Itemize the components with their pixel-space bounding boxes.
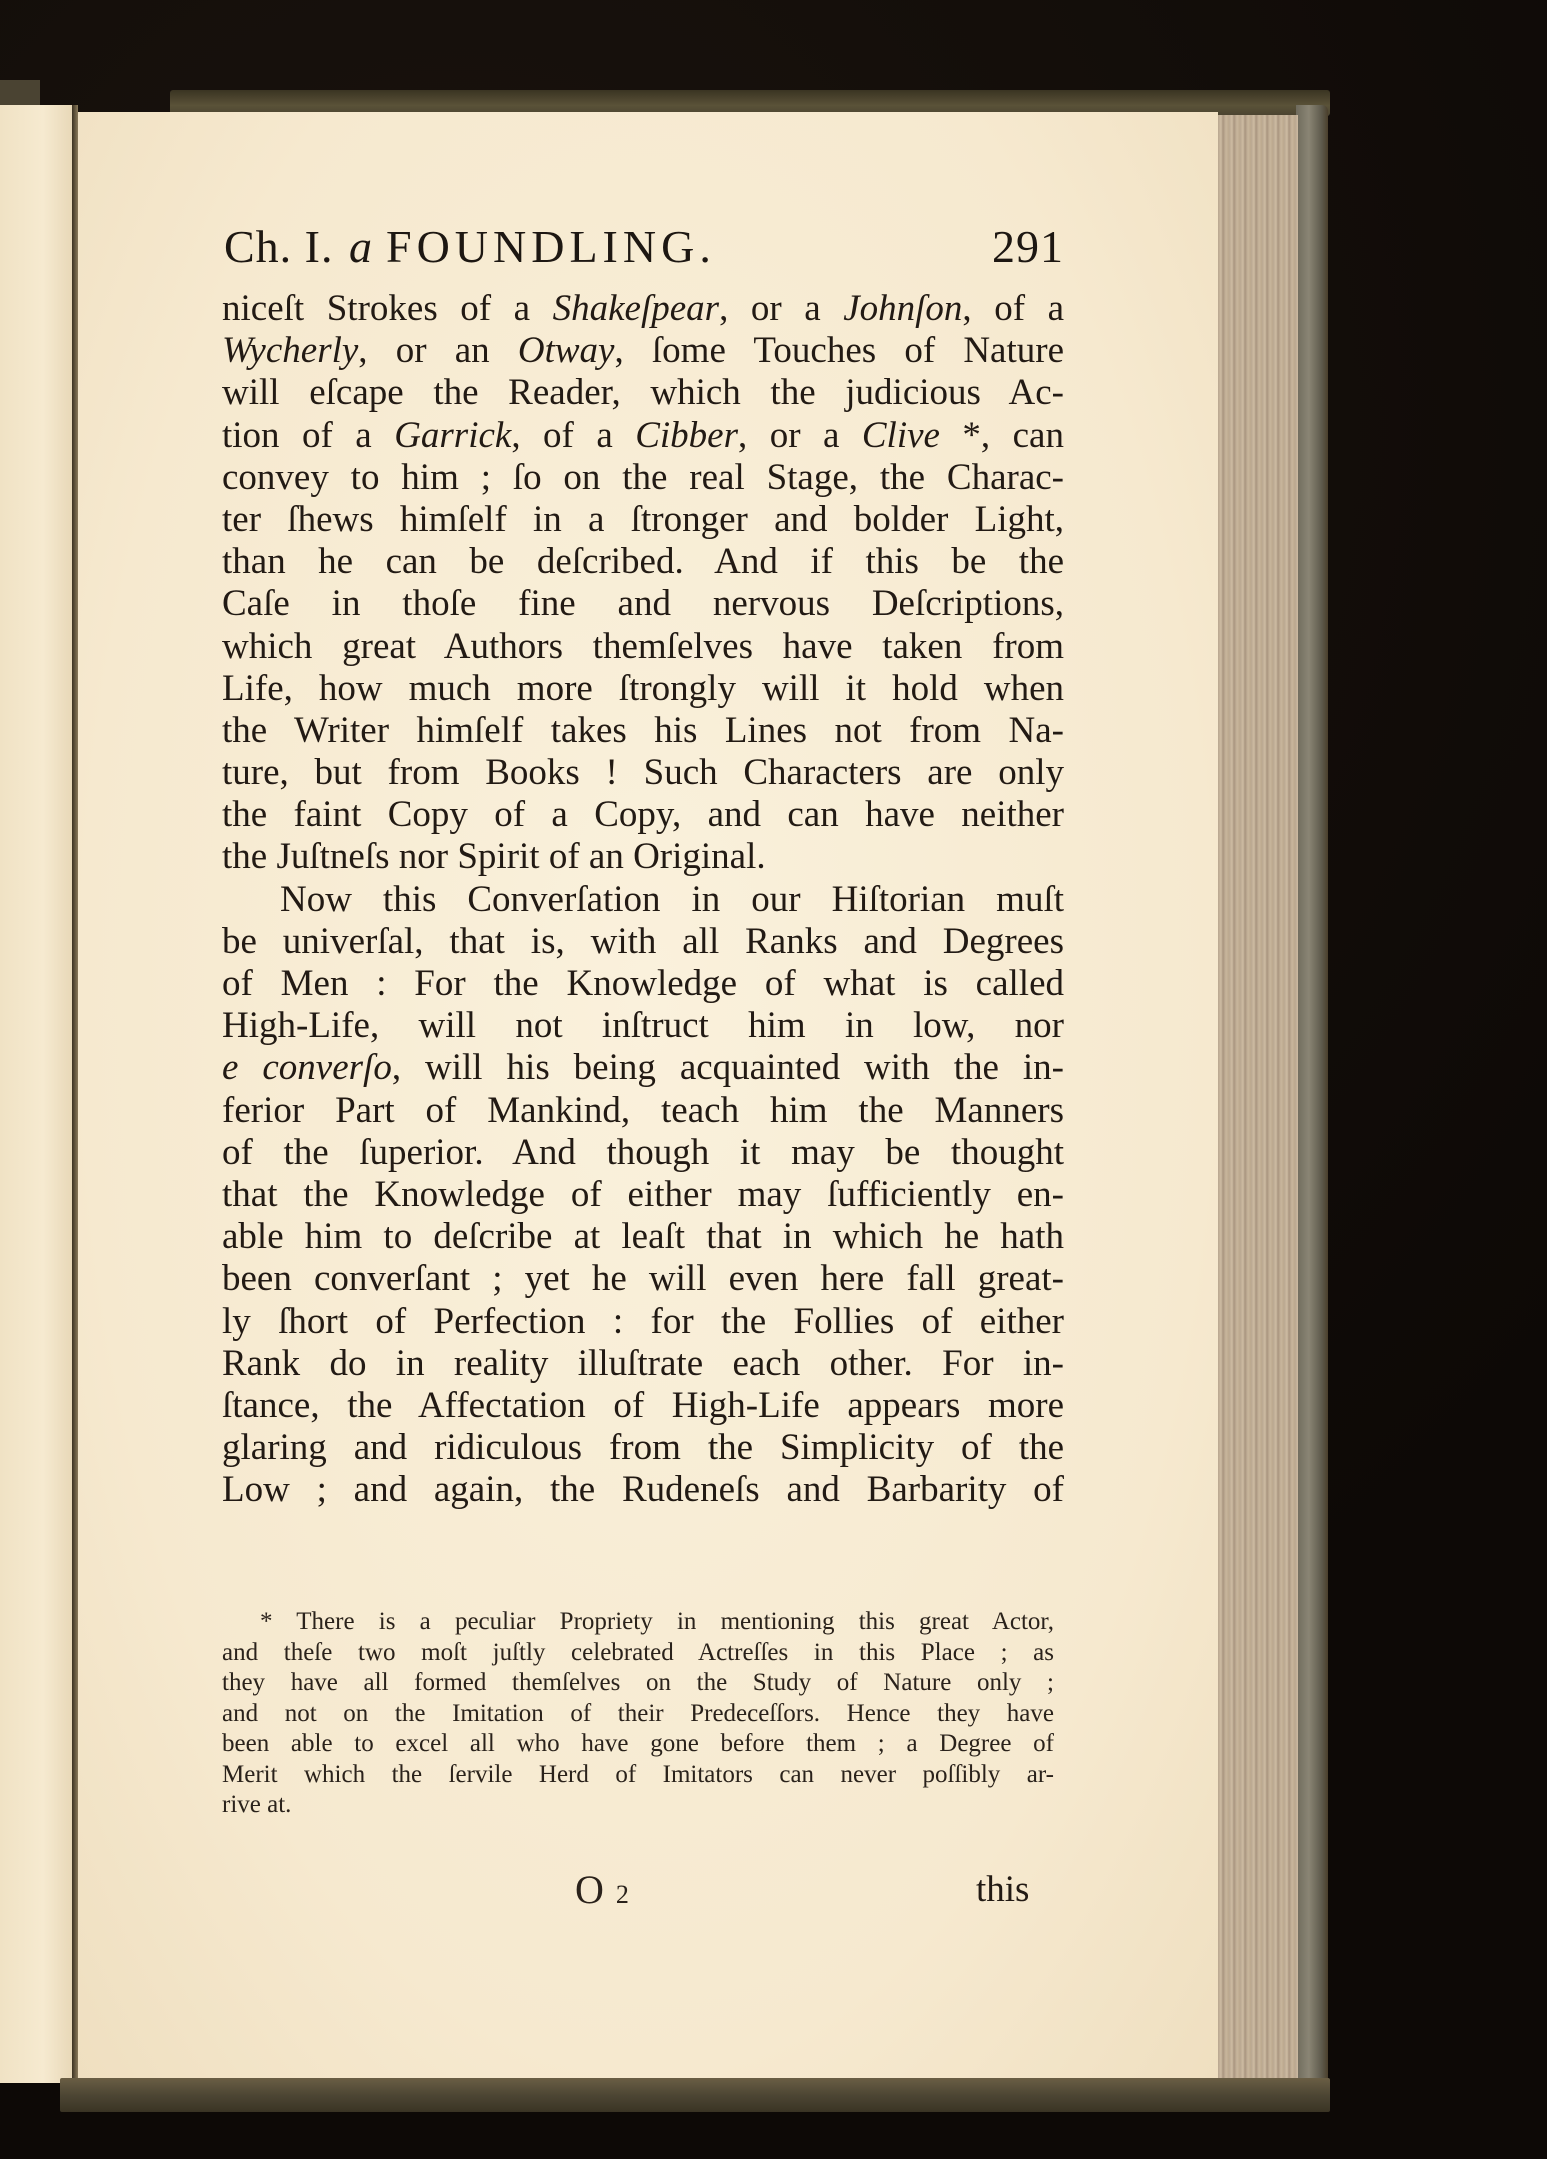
signature-mark: O2 (575, 1866, 629, 1913)
text-line: niceſt Strokes of a Shakeſpear, or a Joh… (222, 288, 1064, 330)
text-line: ſtance, the Affectation of High-Life app… (222, 1385, 1064, 1427)
text-line: Rank do in reality illuſtrate each other… (222, 1343, 1064, 1385)
footnote-line: Merit which the ſervile Herd of Imitator… (222, 1760, 1054, 1791)
text-line: been converſant ; yet he will even here … (222, 1258, 1064, 1300)
text-line: ly ſhort of Perfection : for the Follies… (222, 1301, 1064, 1343)
footnote-marker: *, can (940, 415, 1064, 456)
title-text: FOUNDLING. (386, 221, 716, 272)
text-line: of the ſuperior. And though it may be th… (222, 1132, 1064, 1174)
footnote-line: and theſe two moſt juſtly celebrated Act… (222, 1638, 1054, 1669)
text-line: the Juſtneſs nor Spirit of an Original. (222, 836, 1064, 878)
running-head: Ch. I. aFOUNDLING. 291 (224, 222, 1064, 272)
footnote: * There is a peculiar Propriety in menti… (222, 1607, 1054, 1821)
cover-bottom-edge (60, 2078, 1330, 2112)
chapter-label: Ch. I. (224, 222, 334, 272)
text-line: that the Knowledge of either may ſuffici… (222, 1174, 1064, 1216)
text-line: e converſo, will his being acquainted wi… (222, 1047, 1064, 1089)
text-line: convey to him ; ſo on the real Stage, th… (222, 457, 1064, 499)
text-line: ferior Part of Mankind, teach him the Ma… (222, 1090, 1064, 1132)
text-line: the Writer himſelf takes his Lines not f… (222, 710, 1064, 752)
text-line: Caſe in thoſe fine and nervous Deſcripti… (222, 583, 1064, 625)
page-number: 291 (992, 222, 1064, 272)
text-line: Wycherly, or an Otway, ſome Touches of N… (222, 330, 1064, 372)
text-line: of Men : For the Knowledge of what is ca… (222, 963, 1064, 1005)
text-line: be univerſal, that is, with all Ranks an… (222, 921, 1064, 963)
text-line: tion of a Garrick, of a Cibber, or a Cli… (222, 415, 1064, 457)
catchword: this (976, 1868, 1029, 1911)
cover-fore-edge (1296, 105, 1328, 2100)
text-line: ter ſhews himſelf in a ſtronger and bold… (222, 499, 1064, 541)
text-line: High-Life, will not inſtruct him in low,… (222, 1005, 1064, 1047)
body-text: niceſt Strokes of a Shakeſpear, or a Joh… (222, 288, 1064, 1511)
footnote-line: been able to excel all who have gone bef… (222, 1729, 1054, 1760)
paragraph-start-line: Now this Converſation in our Hiſtorian m… (222, 879, 1064, 921)
text-line: which great Authors themſelves have take… (222, 626, 1064, 668)
text-line: Life, how much more ſtrongly will it hol… (222, 668, 1064, 710)
text-line: Low ; and again, the Rudeneſs and Barbar… (222, 1469, 1064, 1511)
footnote-line: and not on the Imitation of their Predec… (222, 1699, 1054, 1730)
footnote-line: they have all formed themſelves on the S… (222, 1668, 1054, 1699)
footnote-line: * There is a peculiar Propriety in menti… (222, 1607, 1054, 1638)
text-line: glaring and ridiculous from the Simplici… (222, 1427, 1064, 1469)
text-line: will eſcape the Reader, which the judici… (222, 372, 1064, 414)
facing-page-edge (0, 105, 72, 2083)
text-line: able him to deſcribe at leaſt that in wh… (222, 1216, 1064, 1258)
footnote-line: rive at. (222, 1790, 1054, 1821)
text-line: than he can be deſcribed. And if this be… (222, 541, 1064, 583)
page-block-edges (1218, 115, 1298, 2080)
title-prefix: a (349, 221, 372, 272)
text-line: ture, but from Books ! Such Characters a… (222, 752, 1064, 794)
text-line: the faint Copy of a Copy, and can have n… (222, 794, 1064, 836)
running-title: aFOUNDLING. (349, 222, 716, 272)
